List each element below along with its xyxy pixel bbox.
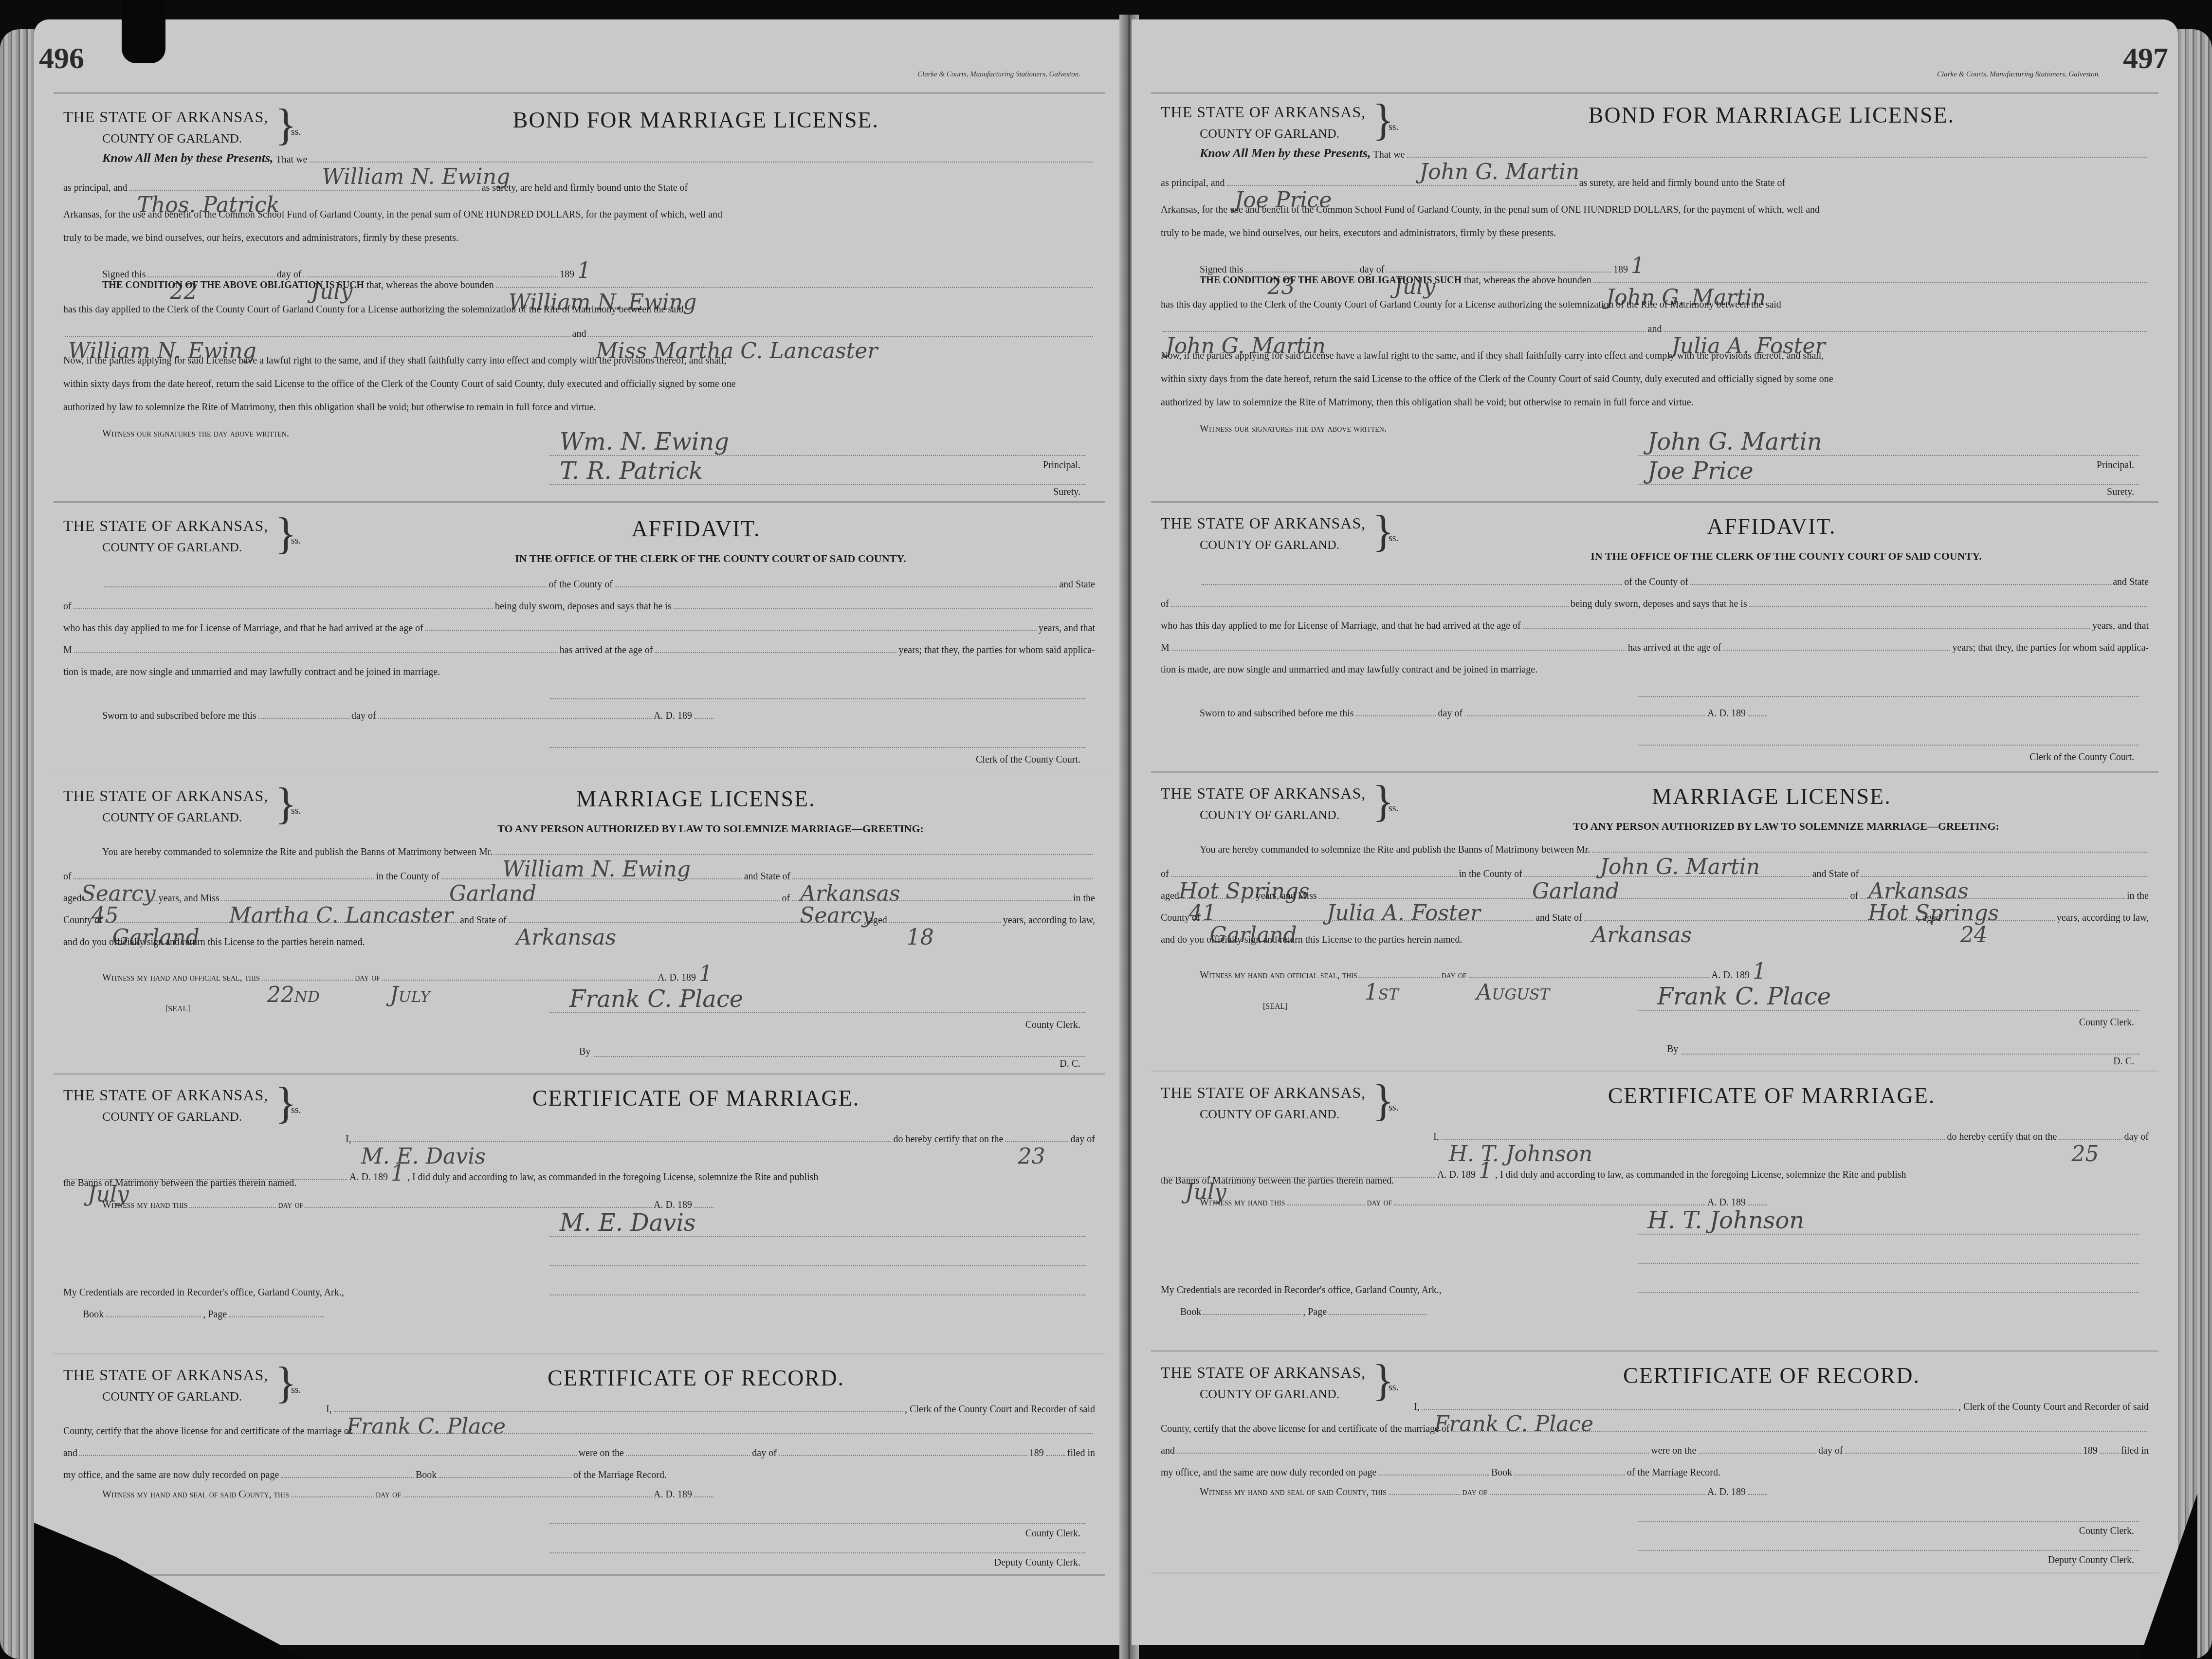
label: Sworn to and subscribed before me this bbox=[102, 711, 256, 722]
state-heading: THE STATE OF ARKANSAS, bbox=[1161, 1084, 1366, 1102]
rec-year-field[interactable] bbox=[1046, 1455, 1065, 1456]
lic-bride-field[interactable]: Julia A. Foster bbox=[1319, 898, 1848, 899]
rec-line-4: my office, and the same are now duly rec… bbox=[63, 1470, 667, 1481]
signed-line: Signed this 22 day of July 1891 bbox=[102, 255, 594, 280]
label: County of bbox=[63, 915, 103, 926]
lic-groom-age-field[interactable]: 41 bbox=[1181, 898, 1254, 899]
label: my office, and the same are now duly rec… bbox=[63, 1470, 279, 1481]
lic-bride-county-field[interactable]: Garland bbox=[1202, 920, 1534, 921]
license-section: THE STATE OF ARKANSAS, COUNTY OF GARLAND… bbox=[54, 776, 1105, 1075]
principal-signature: Wm. N. Ewing bbox=[560, 428, 729, 456]
label: years, according to law, bbox=[2057, 912, 2149, 924]
label: do hereby certify that on the bbox=[1947, 1131, 2057, 1143]
label: 189 bbox=[2083, 1445, 2098, 1457]
printer-imprint: Clarke & Courts, Manufacturing Stationer… bbox=[917, 71, 1080, 79]
cert-day-field[interactable]: 23 bbox=[1005, 1141, 1068, 1142]
aff-relation-field[interactable] bbox=[674, 608, 1093, 609]
state-heading: THE STATE OF ARKANSAS, bbox=[1161, 514, 1366, 532]
aff-name-field[interactable] bbox=[104, 586, 547, 587]
signed-month-field[interactable]: July bbox=[303, 276, 558, 277]
by-label: By bbox=[579, 1046, 590, 1057]
rec-page-field[interactable] bbox=[281, 1477, 414, 1478]
label: You are hereby commanded to solemnize th… bbox=[1200, 844, 1590, 856]
label: who has this day applied to me for Licen… bbox=[1161, 620, 1521, 632]
aff-county-field[interactable] bbox=[615, 586, 1057, 587]
label: , Clerk of the County Court and Recorder… bbox=[905, 1404, 1095, 1415]
signed-line: Signed this 23 day of July 1891 bbox=[1200, 251, 1647, 275]
cert-credentials: My Credentials are recorded in Recorder'… bbox=[1161, 1285, 2149, 1296]
day-of-label: day of bbox=[1360, 264, 1385, 275]
lic-line-4: County of Garland and State of Arkansas … bbox=[1161, 912, 2149, 924]
label: M bbox=[1161, 642, 1170, 654]
label: years; that they, the parties for whom s… bbox=[1952, 642, 2149, 654]
cert-year-field[interactable] bbox=[1748, 1204, 1767, 1205]
bounden-field[interactable]: John G. Martin bbox=[1593, 282, 2147, 283]
rec-line-3: and were on the day of 189 filed in bbox=[63, 1448, 1095, 1459]
label: has arrived at the age of bbox=[1628, 642, 1721, 654]
surety-signature: T. R. Patrick bbox=[560, 457, 703, 485]
license-section: THE STATE OF ARKANSAS, COUNTY OF GARLAND… bbox=[1151, 774, 2158, 1072]
rec-groom-field[interactable] bbox=[354, 1433, 1093, 1434]
signed-this-label: Signed this bbox=[1200, 264, 1243, 275]
know-all-label: Know All Men by these Presents, bbox=[1200, 146, 1371, 161]
label: day of bbox=[1442, 970, 1467, 981]
deputy-clerk-label: Deputy County Clerk. bbox=[994, 1557, 1080, 1568]
rec-month-field[interactable] bbox=[779, 1455, 1027, 1456]
label: of bbox=[63, 601, 72, 612]
dc-label: D. C. bbox=[1060, 1058, 1080, 1070]
aff-name-field[interactable] bbox=[1202, 584, 1622, 585]
bounden-field[interactable]: William N. Ewing bbox=[496, 287, 1093, 288]
county-heading: COUNTY OF GARLAND. bbox=[1200, 538, 1339, 552]
surety-label: Surety. bbox=[1053, 487, 1080, 498]
section-title: CERTIFICATE OF MARRIAGE. bbox=[287, 1085, 1105, 1111]
label: aged bbox=[63, 893, 82, 904]
label: and State of bbox=[744, 871, 791, 882]
clerk-label: Clerk of the County Court. bbox=[2029, 752, 2134, 763]
aff-state-field[interactable] bbox=[73, 608, 493, 609]
signed-day-field[interactable]: 22 bbox=[147, 276, 274, 277]
label: and bbox=[63, 1448, 77, 1459]
label: M bbox=[63, 645, 72, 656]
label: of bbox=[63, 871, 72, 882]
aff-line-3: who has this day applied to me for Licen… bbox=[63, 623, 1095, 634]
label: day of bbox=[1818, 1445, 1843, 1457]
label: day of bbox=[351, 711, 376, 722]
condition-line: THE CONDITION OF THE ABOVE OBLIGATION IS… bbox=[102, 280, 1095, 291]
label: , aged bbox=[864, 915, 887, 926]
county-heading: COUNTY OF GARLAND. bbox=[102, 1389, 242, 1404]
lic-line-5: and do you officially sign and return th… bbox=[1161, 934, 2149, 946]
label: day of bbox=[355, 972, 380, 984]
affidavit-section: THE STATE OF ARKANSAS, COUNTY OF GARLAND… bbox=[1151, 504, 2158, 773]
label: Book bbox=[1180, 1307, 1201, 1318]
lic-line-3: aged 41 years, and Miss Julia A. Foster … bbox=[1161, 891, 2149, 902]
and-label: and bbox=[572, 328, 586, 340]
rec-witness-year-field[interactable] bbox=[1748, 1494, 1767, 1495]
page-number: 496 bbox=[39, 41, 84, 76]
section-subtitle: IN THE OFFICE OF THE CLERK OF THE COUNTY… bbox=[1414, 550, 2158, 563]
aff-line-1: of the County of and State bbox=[102, 579, 1095, 590]
left-page: 496 Clarke & Courts, Manufacturing Stati… bbox=[34, 19, 1124, 1645]
section-subtitle: IN THE OFFICE OF THE CLERK OF THE COUNTY… bbox=[316, 552, 1105, 565]
section-title: AFFIDAVIT. bbox=[287, 516, 1105, 542]
section-title: MARRIAGE LICENSE. bbox=[1385, 784, 2158, 809]
rec-witness-month-field[interactable] bbox=[1490, 1494, 1706, 1495]
bride-field[interactable]: Julia A. Foster bbox=[1664, 331, 2147, 332]
aff-sworn-day-field[interactable] bbox=[1356, 715, 1436, 716]
aff-other-party-field[interactable] bbox=[74, 652, 558, 653]
lic-line-5: and do you officially sign and return th… bbox=[63, 937, 1095, 948]
cert-book-field[interactable] bbox=[1203, 1314, 1301, 1315]
lic-line-4: County of Garland and State of Arkansas … bbox=[63, 915, 1095, 926]
label: Witness my hand and seal of said County,… bbox=[1200, 1487, 1387, 1498]
lic-witness-day-field[interactable]: 22nd bbox=[262, 980, 353, 981]
principal-signature: John G. Martin bbox=[1647, 428, 1822, 456]
clerk-label: Clerk of the County Court. bbox=[976, 754, 1080, 766]
rec-witness-day-field[interactable] bbox=[1389, 1494, 1461, 1495]
label: has arrived at the age of bbox=[560, 645, 653, 656]
whereas-label: that, whereas the above bounden bbox=[366, 280, 494, 291]
lic-bride-field[interactable]: Martha C. Lancaster bbox=[221, 900, 780, 901]
bond-text-2: truly to be made, we bind ourselves, our… bbox=[63, 233, 1095, 244]
cert-witness-day-field[interactable] bbox=[1287, 1204, 1365, 1205]
rec-line-1: I, Frank C. Place , Clerk of the County … bbox=[1414, 1402, 2149, 1413]
record-clerk-signature-line[interactable] bbox=[550, 1523, 1085, 1524]
label: , Page bbox=[203, 1309, 227, 1320]
aff-other-age-field[interactable] bbox=[655, 652, 896, 653]
rec-page-field[interactable] bbox=[1378, 1475, 1489, 1476]
ink-blot bbox=[122, 0, 165, 63]
label: Book bbox=[416, 1470, 437, 1481]
surety-field[interactable]: Thos. Patrick bbox=[129, 190, 480, 191]
label: I, bbox=[1414, 1402, 1420, 1413]
label: who has this day applied to me for Licen… bbox=[63, 623, 423, 634]
lic-bride-state-field[interactable]: Arkansas bbox=[1584, 920, 1916, 921]
label: day of bbox=[1438, 708, 1463, 719]
as-surety-label: as surety, are held and firmly bound unt… bbox=[482, 182, 688, 194]
bond-surety-line: as principal, and Thos. Patrick as suret… bbox=[63, 182, 1095, 194]
lic-witness-month-field[interactable]: July bbox=[382, 980, 656, 981]
cert-officiant-field[interactable]: M. E. Davis bbox=[353, 1141, 892, 1142]
record-deputy-signature-line[interactable] bbox=[550, 1552, 1085, 1553]
page-number: 497 bbox=[2123, 41, 2168, 76]
whereas-label: that, whereas the above bounden bbox=[1464, 275, 1591, 286]
aff-state-field[interactable] bbox=[1171, 606, 1569, 607]
rec-month-field[interactable] bbox=[1845, 1453, 2081, 1454]
county-heading: COUNTY OF GARLAND. bbox=[1200, 1107, 1339, 1122]
bond-text-1: Arkansas, for the use and benefit of the… bbox=[63, 209, 1095, 220]
aff-year-field[interactable] bbox=[694, 718, 713, 719]
label: were on the bbox=[579, 1448, 624, 1459]
cert-page-field[interactable] bbox=[1329, 1314, 1426, 1315]
label: filed in bbox=[1067, 1448, 1095, 1459]
cert-year-field[interactable] bbox=[694, 1207, 713, 1208]
lic-groom-age-field[interactable]: 45 bbox=[84, 900, 157, 901]
cert-page-field[interactable] bbox=[229, 1316, 324, 1317]
lic-groom-field[interactable]: John G. Martin bbox=[1592, 852, 2147, 853]
affiant-signature-line[interactable] bbox=[1638, 696, 2139, 697]
and-label: and bbox=[1648, 324, 1662, 335]
parties-line: John G. Martin and Julia A. Foster bbox=[1161, 324, 2149, 335]
label: and State of bbox=[1812, 869, 1859, 880]
lic-line-2: of Hot Springs in the County of Garland … bbox=[1161, 869, 2149, 880]
label: County, certify that the above license f… bbox=[63, 1426, 352, 1437]
state-heading: THE STATE OF ARKANSAS, bbox=[1161, 103, 1366, 121]
aff-other-party-field[interactable] bbox=[1171, 650, 1626, 651]
rec-clerk-field[interactable]: Frank C. Place bbox=[1422, 1409, 1956, 1410]
seal-mark: [SEAL] bbox=[1263, 1003, 1288, 1011]
label: years, and Miss bbox=[1256, 891, 1317, 902]
principal-field[interactable]: John G. Martin bbox=[1407, 157, 2147, 158]
know-all-label: Know All Men by these Presents, bbox=[102, 151, 274, 165]
lic-witness-line: Witness my hand and official seal, this … bbox=[1200, 956, 1769, 981]
lic-line-2: of Searcy in the County of Garland and S… bbox=[63, 871, 1095, 882]
bond-text-2: truly to be made, we bind ourselves, our… bbox=[1161, 228, 2149, 239]
lic-groom-state-field[interactable]: Arkansas bbox=[1861, 876, 2147, 877]
aff-sworn-month-field[interactable] bbox=[1464, 715, 1705, 716]
section-title: BOND FOR MARRIAGE LICENSE. bbox=[1385, 102, 2158, 128]
lic-bride-residence-field[interactable]: Hot Springs bbox=[1860, 898, 2125, 899]
label: Witness my hand and seal of said County,… bbox=[102, 1489, 289, 1500]
county-heading: COUNTY OF GARLAND. bbox=[1200, 1387, 1339, 1402]
section-subtitle: TO ANY PERSON AUTHORIZED BY LAW TO SOLEM… bbox=[1414, 820, 2158, 833]
rec-line-1: I, Frank C. Place , Clerk of the County … bbox=[326, 1404, 1095, 1415]
principal-label: Principal. bbox=[1043, 460, 1080, 471]
label: A. D. 189 bbox=[1711, 970, 1750, 981]
label: of the Marriage Record. bbox=[573, 1470, 667, 1481]
bond-principal-line: Know All Men by these Presents, That we … bbox=[1200, 146, 2149, 161]
rec-witness-month-field[interactable] bbox=[403, 1496, 652, 1497]
record-clerk-signature-line[interactable] bbox=[1638, 1521, 2139, 1522]
label: A. D. 189 bbox=[1707, 1487, 1746, 1498]
label: being duly sworn, deposes and says that … bbox=[495, 601, 672, 612]
groom-field[interactable]: John G. Martin bbox=[1163, 331, 1646, 332]
cert-witness-month-field[interactable] bbox=[1394, 1204, 1705, 1205]
aff-line-1: of the County of and State bbox=[1200, 577, 2149, 588]
lic-witness-line: Witness my hand and official seal, this … bbox=[102, 959, 715, 984]
rec-year-field[interactable] bbox=[2100, 1453, 2119, 1454]
aff-county-field[interactable] bbox=[1690, 584, 2111, 585]
county-clerk-signature: Frank C. Place bbox=[569, 985, 743, 1013]
state-heading: THE STATE OF ARKANSAS, bbox=[63, 108, 268, 126]
section-title: BOND FOR MARRIAGE LICENSE. bbox=[287, 107, 1105, 133]
label: and State bbox=[2113, 577, 2149, 588]
deputy-signature-line[interactable] bbox=[594, 1056, 1085, 1057]
lic-groom-field[interactable]: William N. Ewing bbox=[494, 854, 1093, 855]
cert-day-field[interactable]: 25 bbox=[2059, 1139, 2122, 1140]
surety-field[interactable]: Joe Price bbox=[1227, 185, 1577, 186]
aff-sworn-month-field[interactable] bbox=[378, 718, 652, 719]
lic-bride-residence-field[interactable]: Searcy bbox=[792, 900, 1071, 901]
label: day of bbox=[278, 1200, 303, 1211]
label: Witness my hand and official seal, this bbox=[102, 972, 260, 984]
rec-line-3: and were on the day of 189 filed in bbox=[1161, 1445, 2149, 1457]
lic-witness-month-field[interactable]: August bbox=[1469, 977, 1710, 978]
aff-line-5: tion is made, are now single and unmarri… bbox=[63, 667, 1095, 678]
lic-groom-residence-field[interactable]: Hot Springs bbox=[1171, 876, 1457, 877]
rec-witness-year-field[interactable] bbox=[694, 1496, 713, 1497]
label: in the County of bbox=[376, 871, 439, 882]
certificate-section: THE STATE OF ARKANSAS, COUNTY OF GARLAND… bbox=[54, 1076, 1105, 1354]
cert-witness-month-field[interactable] bbox=[305, 1207, 652, 1208]
authorized-text: authorized by law to solemnize the Rite … bbox=[1161, 397, 2149, 408]
label: do hereby certify that on the bbox=[893, 1134, 1003, 1145]
rec-line-2: County, certify that the above license f… bbox=[1161, 1423, 2149, 1435]
principal-label: Principal. bbox=[2097, 460, 2134, 471]
lic-witness-day-field[interactable]: 1st bbox=[1359, 977, 1440, 978]
aff-line-3: who has this day applied to me for Licen… bbox=[1161, 620, 2149, 632]
section-title: CERTIFICATE OF MARRIAGE. bbox=[1385, 1083, 2158, 1109]
certificate-section: THE STATE OF ARKANSAS, COUNTY OF GARLAND… bbox=[1151, 1073, 2158, 1352]
state-heading: THE STATE OF ARKANSAS, bbox=[1161, 1364, 1366, 1382]
aff-line-2: of being duly sworn, deposes and says th… bbox=[63, 601, 1095, 612]
label: Witness my hand this bbox=[1200, 1197, 1285, 1208]
rec-witness-line: Witness my hand and seal of said County,… bbox=[1200, 1487, 1769, 1498]
printer-imprint: Clarke & Courts, Manufacturing Stationer… bbox=[1937, 71, 2100, 79]
state-heading: THE STATE OF ARKANSAS, bbox=[63, 1366, 268, 1384]
that-we-label: That we bbox=[276, 154, 308, 165]
signed-month-field[interactable]: July bbox=[1386, 272, 1611, 273]
condition-label: THE CONDITION OF THE ABOVE OBLIGATION IS… bbox=[102, 280, 364, 291]
rec-day-field[interactable] bbox=[626, 1455, 750, 1456]
signed-day-field[interactable]: 23 bbox=[1245, 272, 1357, 273]
aff-line-4: M has arrived at the age of years; that … bbox=[1161, 642, 2149, 654]
rec-book-field[interactable] bbox=[439, 1477, 571, 1478]
label: Book bbox=[83, 1309, 104, 1320]
affiant-signature-line[interactable] bbox=[550, 698, 1085, 699]
rec-book-field[interactable] bbox=[1514, 1475, 1625, 1476]
rec-bride-field[interactable] bbox=[79, 1455, 577, 1456]
aff-sworn-day-field[interactable] bbox=[258, 718, 349, 719]
surety-signature: Joe Price bbox=[1647, 457, 1754, 485]
label: were on the bbox=[1651, 1445, 1696, 1457]
label: years, and Miss bbox=[159, 893, 219, 904]
lic-line-1: You are hereby commanded to solemnize th… bbox=[102, 847, 1095, 858]
clerk-signature-line[interactable] bbox=[550, 747, 1085, 748]
aff-age-field[interactable] bbox=[1523, 628, 2090, 629]
rec-line-2: County, certify that the above license f… bbox=[63, 1426, 1095, 1437]
label: I, bbox=[326, 1404, 332, 1415]
officiant-signature: H. T. Johnson bbox=[1647, 1207, 1804, 1234]
label: , aged bbox=[1918, 912, 1941, 924]
bond-principal-line: Know All Men by these Presents, That we … bbox=[102, 151, 1095, 165]
bond-text-1: Arkansas, for the use and benefit of the… bbox=[1161, 204, 2149, 216]
as-principal-label: as principal, and bbox=[63, 182, 128, 194]
lic-bride-county-field[interactable]: Garland bbox=[105, 922, 458, 923]
aff-sworn-line: Sworn to and subscribed before me this d… bbox=[1200, 708, 1769, 719]
deputy-signature-line[interactable] bbox=[1682, 1054, 2139, 1055]
cert-line-3: the Banns of Matrimony between the parti… bbox=[63, 1178, 1095, 1189]
surety-label: Surety. bbox=[2107, 487, 2134, 498]
clerk-signature-line[interactable] bbox=[1638, 745, 2139, 746]
bond-surety-line: as principal, and Joe Price as surety, a… bbox=[1161, 178, 2149, 189]
cert-credentials: My Credentials are recorded in Recorder'… bbox=[63, 1287, 1095, 1298]
lic-bride-age-field[interactable]: 18 bbox=[889, 922, 1001, 923]
label: filed in bbox=[2121, 1445, 2149, 1457]
label: my office, and the same are now duly rec… bbox=[1161, 1467, 1376, 1478]
lic-bride-state-field[interactable]: Arkansas bbox=[509, 922, 862, 923]
label: being duly sworn, deposes and says that … bbox=[1571, 599, 1747, 610]
lic-groom-county-field[interactable]: Garland bbox=[1524, 876, 1810, 877]
officiant-signature: M. E. Davis bbox=[560, 1209, 695, 1237]
aff-other-age-field[interactable] bbox=[1723, 650, 1950, 651]
label: Witness my hand this bbox=[102, 1200, 187, 1211]
record-section: THE STATE OF ARKANSAS, COUNTY OF GARLAND… bbox=[1151, 1353, 2158, 1573]
label: A. D. 189 bbox=[658, 972, 696, 984]
rec-witness-line: Witness my hand and seal of said County,… bbox=[102, 1489, 715, 1500]
label: of the County of bbox=[548, 579, 613, 590]
label: of bbox=[1161, 869, 1169, 880]
lic-groom-residence-field[interactable]: Searcy bbox=[73, 878, 374, 879]
aff-year-field[interactable] bbox=[1748, 715, 1767, 716]
rec-witness-day-field[interactable] bbox=[291, 1496, 374, 1497]
county-heading: COUNTY OF GARLAND. bbox=[1200, 808, 1339, 822]
label: in the bbox=[2127, 891, 2149, 902]
cert-officiant-field[interactable]: H. T. Johnson bbox=[1441, 1139, 1945, 1140]
cert-line-1: I, M. E. Davis do hereby certify that on… bbox=[346, 1134, 1095, 1145]
cert-line-3: the Banns of Matrimony between the parti… bbox=[1161, 1175, 2149, 1186]
by-label: By bbox=[1667, 1044, 1678, 1055]
rec-bride-field[interactable] bbox=[1177, 1453, 1649, 1454]
label: of the County of bbox=[1624, 577, 1688, 588]
dc-label: D. C. bbox=[2113, 1056, 2134, 1067]
principal-field[interactable]: William N. Ewing bbox=[310, 162, 1094, 163]
officiant-title-line[interactable] bbox=[550, 1265, 1085, 1266]
lic-bride-age-field[interactable]: 24 bbox=[1943, 920, 2055, 921]
cert-witness-day-field[interactable] bbox=[189, 1207, 276, 1208]
groom-field[interactable]: William N. Ewing bbox=[65, 336, 570, 337]
affidavit-section: THE STATE OF ARKANSAS, COUNTY OF GARLAND… bbox=[54, 506, 1105, 775]
section-title: CERTIFICATE OF RECORD. bbox=[1385, 1363, 2158, 1388]
label: day of bbox=[1070, 1134, 1095, 1145]
year-label: 189 bbox=[560, 269, 574, 280]
lic-line-3: aged 45 years, and Miss Martha C. Lancas… bbox=[63, 893, 1095, 904]
cert-book-line: Book , Page bbox=[83, 1309, 326, 1320]
year-label: 189 bbox=[1613, 264, 1628, 275]
rec-clerk-field[interactable]: Frank C. Place bbox=[334, 1411, 903, 1412]
cert-book-field[interactable] bbox=[106, 1316, 201, 1317]
label: 189 bbox=[1029, 1448, 1044, 1459]
as-surety-label: as surety, are held and firmly bound unt… bbox=[1579, 178, 1786, 189]
label: , Clerk of the County Court and Recorder… bbox=[1958, 1402, 2149, 1413]
officiant-title-line[interactable] bbox=[1638, 1263, 2139, 1264]
year-suffix: 1 bbox=[696, 962, 715, 986]
section-subtitle: TO ANY PERSON AUTHORIZED BY LAW TO SOLEM… bbox=[316, 822, 1105, 835]
rec-groom-field[interactable] bbox=[1451, 1431, 2147, 1432]
rec-day-field[interactable] bbox=[1699, 1453, 1817, 1454]
header-rule bbox=[54, 92, 1105, 94]
now-if-text: Now, if the parties applying for said Li… bbox=[63, 355, 1095, 366]
label: Witness my hand and official seal, this bbox=[1200, 970, 1357, 981]
lic-groom-state-field[interactable]: Arkansas bbox=[792, 878, 1093, 879]
bond-section: THE STATE OF ARKANSAS, COUNTY OF GARLAND… bbox=[1151, 92, 2158, 503]
parties-line: William N. Ewing and Miss Martha C. Lanc… bbox=[63, 328, 1095, 340]
bride-field[interactable]: Miss Martha C. Lancaster bbox=[588, 336, 1093, 337]
label: , Page bbox=[1303, 1307, 1327, 1318]
label: A. D. 189 bbox=[1707, 708, 1746, 719]
right-page: 497 Clarke & Courts, Manufacturing Stati… bbox=[1132, 19, 2178, 1645]
lic-groom-county-field[interactable]: Garland bbox=[441, 878, 742, 879]
seal-mark: [SEAL] bbox=[165, 1005, 190, 1014]
section-title: AFFIDAVIT. bbox=[1385, 513, 2158, 539]
has-applied-text: has this day applied to the Clerk of the… bbox=[1161, 299, 2149, 310]
aff-relation-field[interactable] bbox=[1749, 606, 2147, 607]
aff-age-field[interactable] bbox=[425, 630, 1037, 631]
label: I, bbox=[1433, 1131, 1439, 1143]
county-heading: COUNTY OF GARLAND. bbox=[102, 810, 242, 825]
record-deputy-signature-line[interactable] bbox=[1638, 1550, 2139, 1551]
